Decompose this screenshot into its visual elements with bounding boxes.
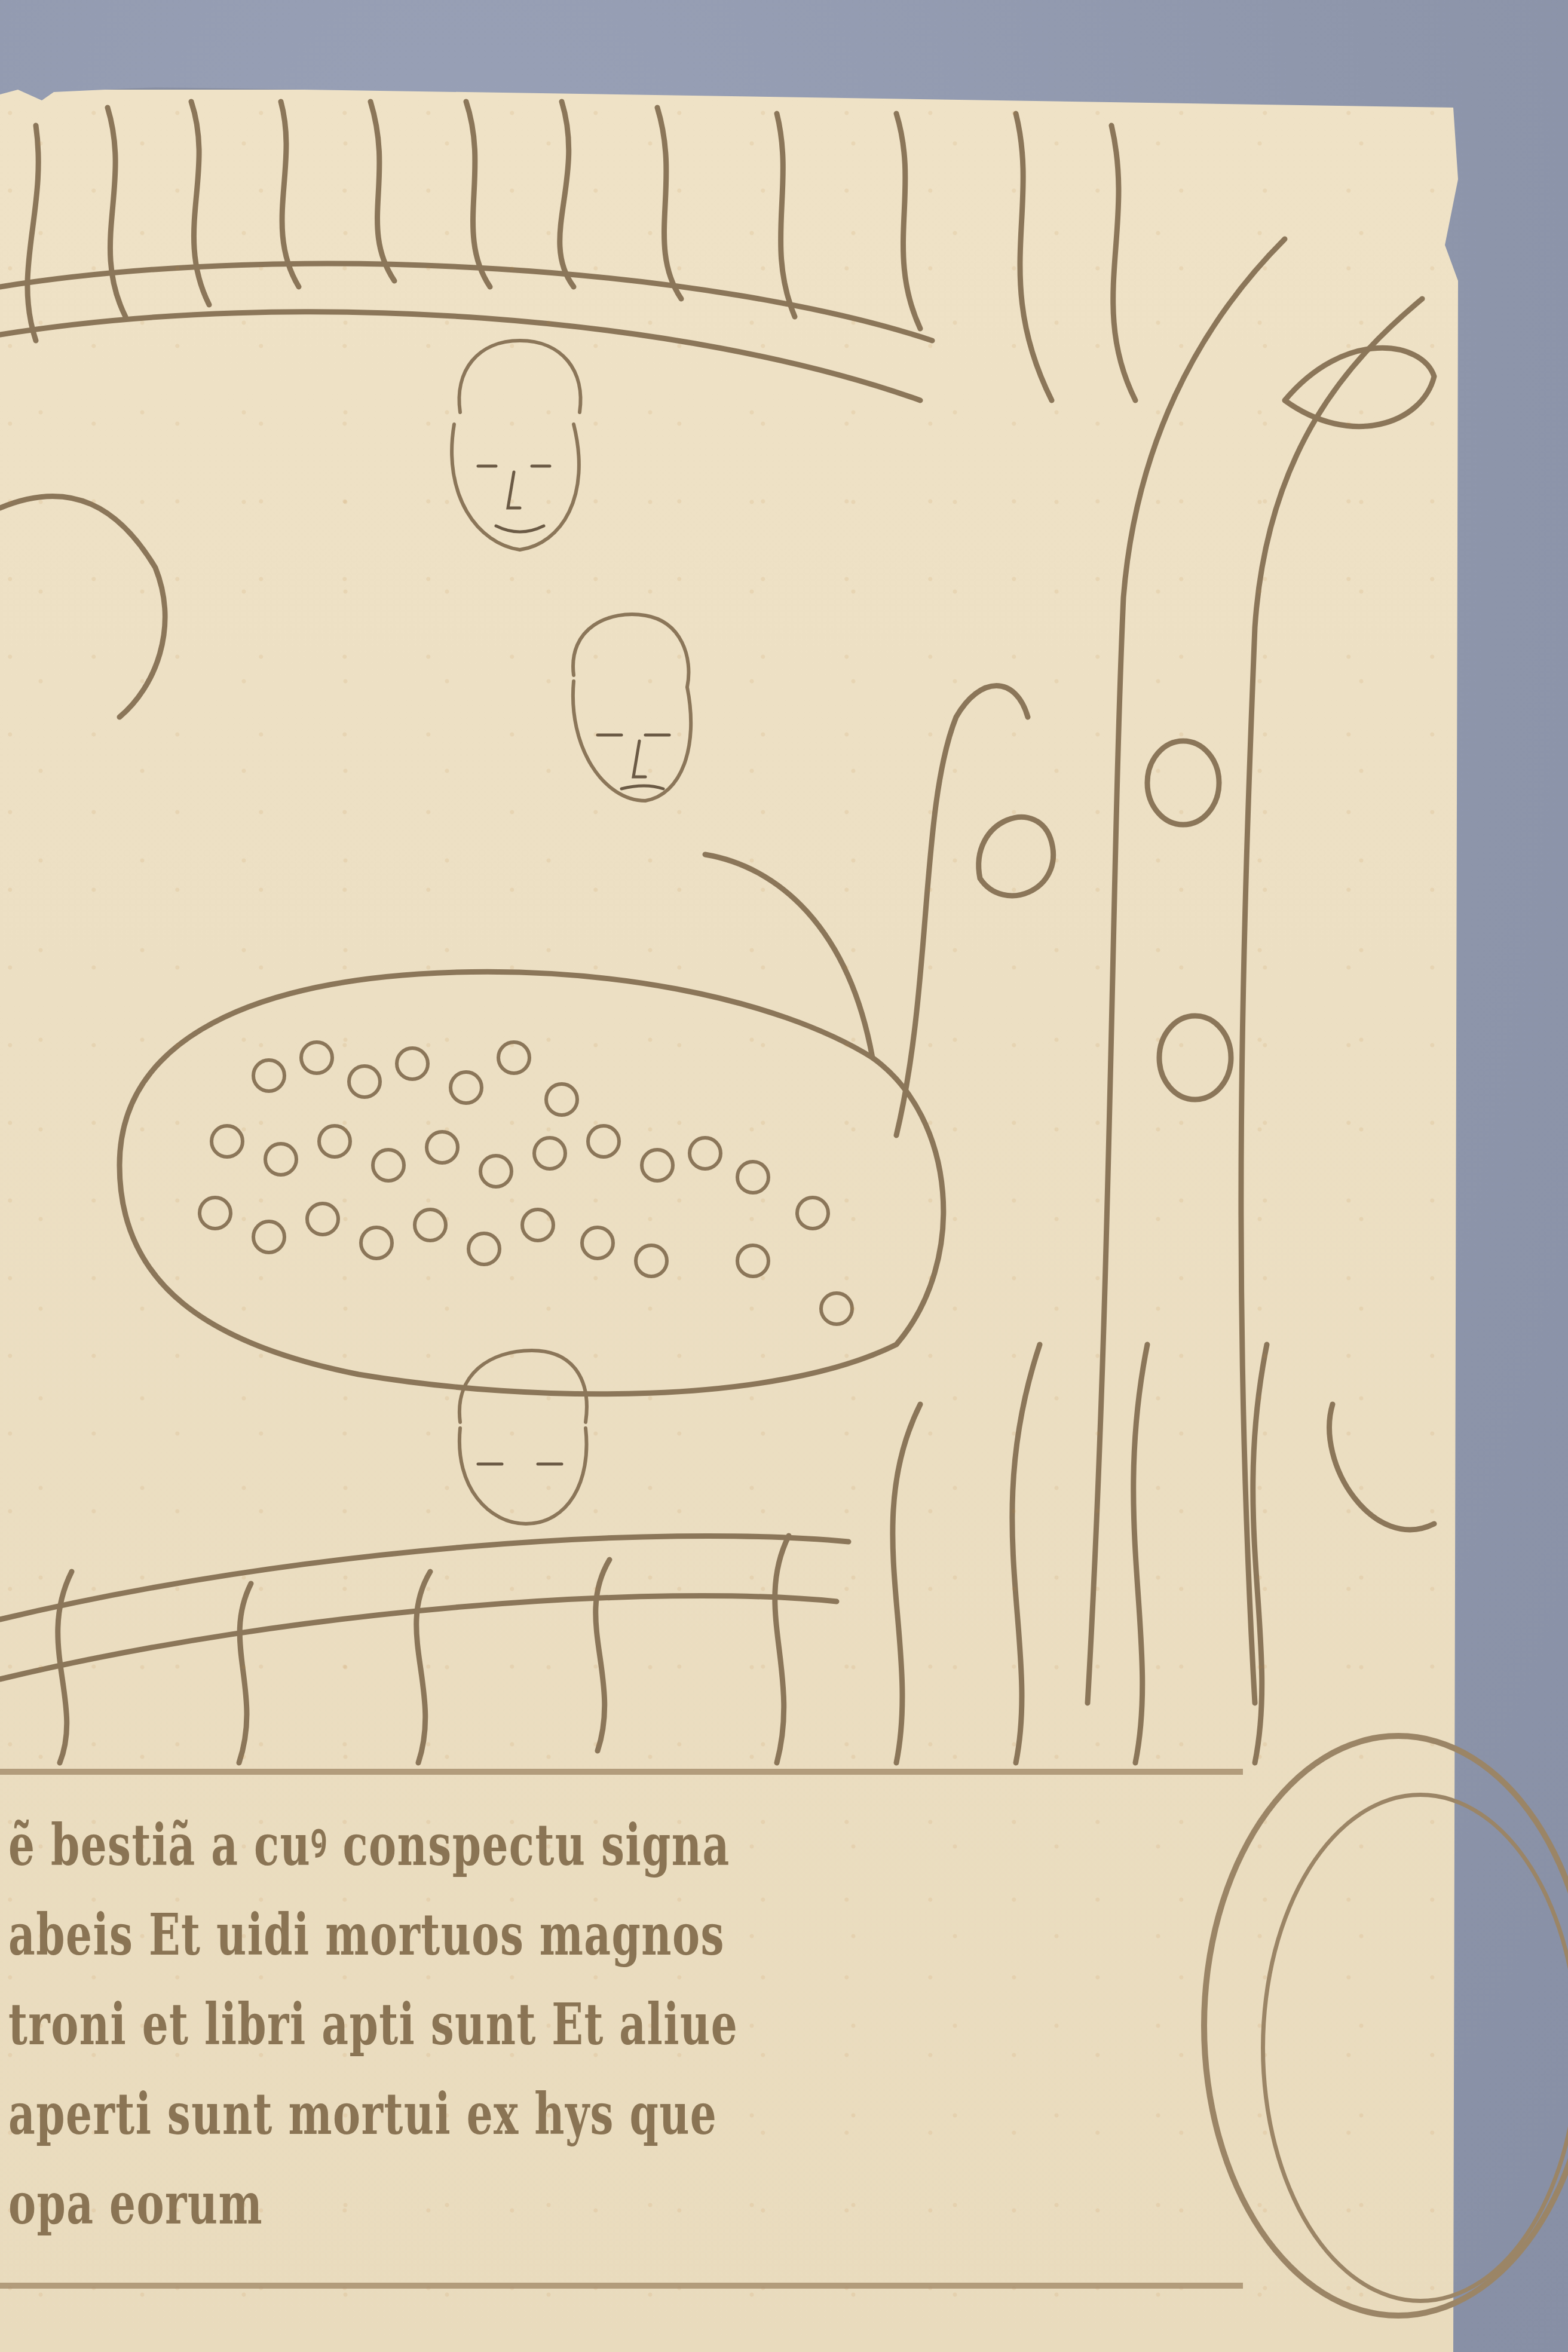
beast-spots (200, 1042, 852, 1324)
pit-rim-top (0, 264, 932, 341)
evangelist-roundel-inner (1261, 1793, 1568, 2303)
caption-line-4: aperti sunt mortui ex hys que (8, 2085, 717, 2143)
caption-line-3: troni et libri apti sunt Et aliue (8, 1996, 738, 2053)
left-figure (0, 496, 165, 717)
spotted-beast (120, 686, 1028, 1394)
caption-panel: ẽ bestiã a cuꝰ conspectu signa abeis Et … (0, 1679, 1213, 2014)
caption-line-2: abeis Et uidi mortuos magnos (8, 1906, 725, 1964)
caption-line-1: ẽ bestiã a cuꝰ conspectu signa (8, 1817, 730, 1874)
flames-top (27, 102, 1135, 400)
young-figure (573, 614, 691, 801)
caption-bottom-rule (0, 2283, 1243, 2289)
crowned-figure (452, 341, 580, 550)
flame-tree (979, 239, 1434, 1703)
lower-figure-head (460, 1350, 587, 1524)
caption-line-5: opa eorum (8, 2175, 263, 2232)
